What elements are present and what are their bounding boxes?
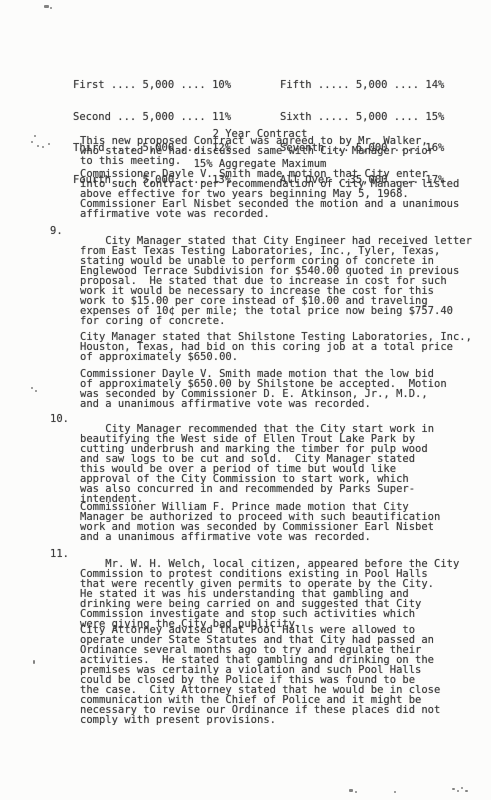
item-number: 11.	[50, 549, 76, 559]
scan-speck	[42, 146, 44, 148]
paragraph: Commissioner Dayle V. Smith made motion …	[80, 369, 447, 409]
scan-speck	[457, 790, 459, 792]
scan-speck	[31, 141, 33, 143]
scan-speck	[465, 790, 468, 792]
scan-speck	[48, 143, 50, 145]
scan-speck	[44, 5, 49, 8]
item-text: Mr. W. H. Welch, local citizen, appeared…	[80, 558, 459, 630]
paragraph: This new proposed Contract was agreed to…	[80, 136, 434, 166]
item-number: 10.	[50, 414, 76, 424]
scan-speck	[31, 387, 33, 389]
scan-speck	[33, 660, 35, 664]
scan-speck	[37, 145, 39, 147]
scan-speck	[394, 791, 396, 793]
numbered-item: 9.City Manager stated that City Engineer…	[80, 226, 472, 336]
scan-speck	[452, 788, 455, 790]
paragraph: City Attorney advised that Pool Halls we…	[80, 625, 440, 725]
numbered-item: 10.City Manager recommended that the Cit…	[80, 414, 434, 514]
scan-speck	[34, 135, 36, 137]
item-text: City Manager recommended that the City s…	[80, 423, 434, 505]
scan-speck	[50, 7, 52, 9]
table-cell: Fifth ..... 5,000 .... 14%	[280, 80, 444, 91]
paragraph: Commissioner William F. Prince made moti…	[80, 502, 440, 542]
scan-speck	[349, 789, 353, 792]
scan-speck	[461, 787, 463, 789]
table-row: First .... 5,000 .... 10%Fifth ..... 5,0…	[73, 80, 444, 91]
table-cell: First .... 5,000 .... 10%	[73, 80, 280, 91]
paragraph: City Manager stated that Shilstone Testi…	[80, 332, 472, 362]
scanned-document-page: First .... 5,000 .... 10%Fifth ..... 5,0…	[0, 0, 491, 800]
item-number: 9.	[50, 226, 76, 236]
paragraph: Commissioner Dayle V. Smith made motion …	[80, 169, 459, 219]
scan-speck	[355, 791, 357, 793]
item-text: City Manager stated that City Engineer h…	[80, 235, 472, 327]
scan-speck	[35, 390, 37, 392]
